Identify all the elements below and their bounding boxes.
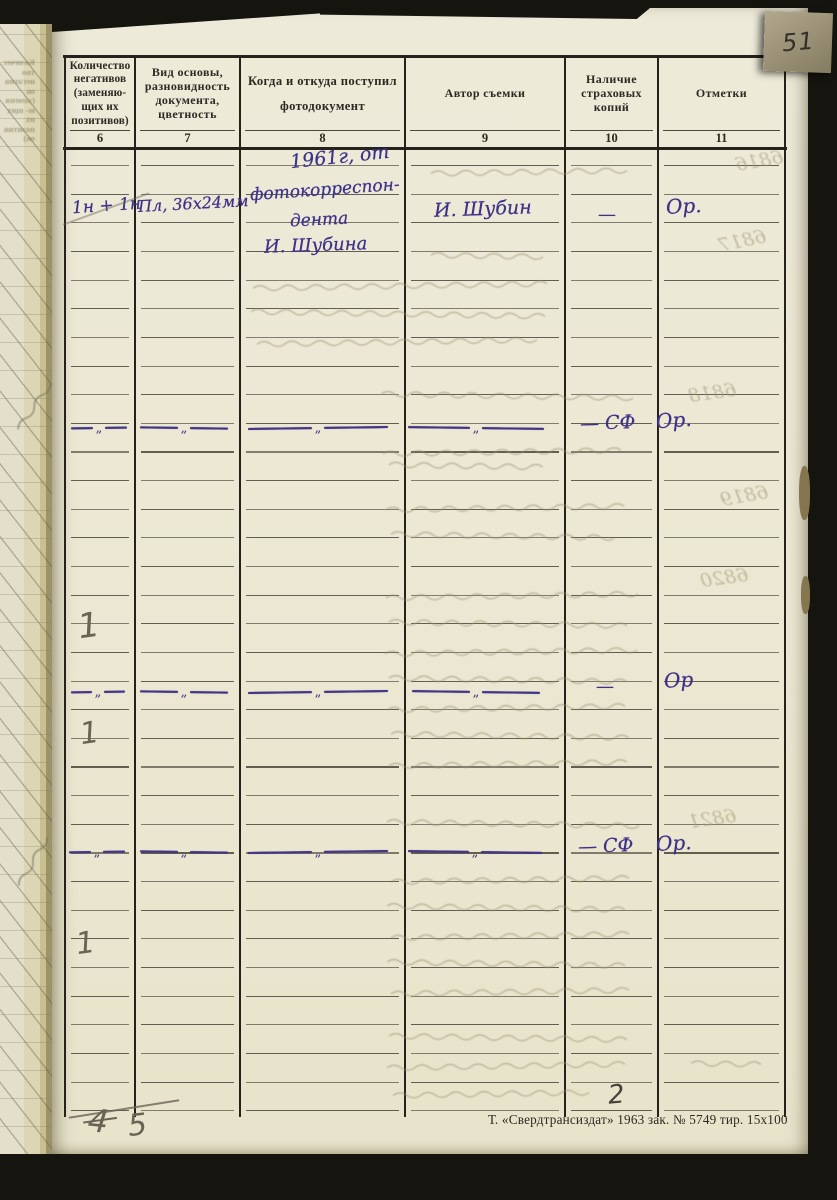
ditto-dash <box>324 426 388 429</box>
ruled-line <box>246 509 399 510</box>
ditto-mark: „ <box>248 685 388 699</box>
ruled-line <box>141 394 234 395</box>
ruled-line <box>411 366 559 367</box>
ditto-quote: „ <box>315 852 322 854</box>
ruled-line <box>141 996 234 997</box>
ruled-line <box>246 1024 399 1025</box>
ditto-mark: „ <box>248 845 388 859</box>
ruled-line <box>246 881 399 882</box>
ditto-dash <box>408 426 470 429</box>
ruled-line <box>246 910 399 911</box>
ruled-line <box>141 280 234 281</box>
ruled-line <box>141 222 234 223</box>
ruled-line <box>246 1053 399 1054</box>
ruled-line <box>71 795 129 796</box>
ruled-line <box>71 595 129 596</box>
column-title-line: позитивов) <box>71 115 129 129</box>
ruled-line <box>246 480 399 481</box>
column-header-9: Автор съемки <box>407 59 563 129</box>
ditto-dash <box>190 691 228 693</box>
ditto-dash <box>324 850 388 853</box>
ruled-line <box>246 738 399 739</box>
corner-number: 5 <box>126 1107 149 1144</box>
ruled-line <box>71 480 129 481</box>
ruled-line <box>571 194 652 195</box>
column-number: 9 <box>405 130 565 147</box>
ruled-line <box>71 451 129 452</box>
ruled-line <box>246 595 399 596</box>
ruled-line <box>664 938 779 939</box>
ditto-quote: „ <box>473 428 480 430</box>
ruled-line <box>664 910 779 911</box>
ditto-mark: „ <box>248 421 388 435</box>
ledger-page: Количествонегативов(заменяю-щих ихпозити… <box>52 8 808 1154</box>
ditto-mark: „ <box>69 846 125 859</box>
column-title-line: негативов <box>74 73 126 87</box>
column-title-line: фотодокумент <box>280 94 365 119</box>
ruled-line <box>246 537 399 538</box>
ruled-line <box>664 967 779 968</box>
ruled-line <box>246 451 399 452</box>
column-number: 11 <box>658 130 785 147</box>
ruled-line <box>141 451 234 452</box>
received-line: И. Шубина <box>264 233 368 258</box>
column-title-line: (заменяю- <box>74 87 127 101</box>
ruled-line <box>141 623 234 624</box>
ruled-line <box>141 709 234 710</box>
ditto-quote: „ <box>95 692 102 694</box>
show-through-scribble <box>430 249 550 263</box>
column-title-line: Количество <box>70 60 131 74</box>
ruled-line <box>664 996 779 997</box>
ruled-line <box>141 1110 234 1111</box>
facing-page-edge: Количество негативов (заменяю- щих их по… <box>0 24 52 1154</box>
facing-page-show-through: Количество негативов (заменяю- щих их по… <box>1 58 35 144</box>
ditto-mark: „ <box>408 845 542 859</box>
column-border <box>657 55 659 1117</box>
ruled-line <box>664 308 779 309</box>
column-title-line: щих их <box>81 101 118 115</box>
ruled-line <box>71 681 129 682</box>
insurance-mark: — <box>598 204 616 225</box>
ruled-line <box>71 910 129 911</box>
ditto-mark: „ <box>408 421 544 435</box>
ruled-line <box>411 1024 559 1025</box>
ruled-line <box>71 652 129 653</box>
ruled-line <box>246 938 399 939</box>
ruled-line <box>246 566 399 567</box>
marks-note: Ор. <box>665 193 702 219</box>
ditto-mark: „ <box>140 685 228 698</box>
ruled-line <box>71 280 129 281</box>
ditto-dash <box>248 691 312 694</box>
ruled-line <box>71 881 129 882</box>
ditto-dash <box>104 691 125 693</box>
ditto-dash <box>140 850 178 852</box>
column-header-10: Наличиестраховыхкопий <box>567 59 656 129</box>
ruled-line <box>141 366 234 367</box>
ruled-line <box>71 1053 129 1054</box>
table-top-border <box>63 55 787 58</box>
ditto-dash <box>71 691 92 693</box>
ditto-quote: „ <box>96 428 103 430</box>
ruled-line <box>246 1082 399 1083</box>
column-title-line: страховых <box>581 87 642 101</box>
show-through-scribble <box>690 1057 770 1070</box>
ruled-line <box>664 595 779 596</box>
column-border <box>239 55 241 1117</box>
ruled-line <box>141 308 234 309</box>
ruled-line <box>141 766 234 767</box>
ruled-line <box>71 566 129 567</box>
ruled-line <box>141 537 234 538</box>
ruled-line <box>411 566 559 567</box>
ruled-line <box>664 280 779 281</box>
ditto-dash <box>103 851 125 853</box>
ruled-line <box>141 652 234 653</box>
ditto-mark: „ <box>140 845 228 858</box>
ditto-dash <box>71 427 93 429</box>
column-header-8: Когда и откуда поступилфотодокумент <box>242 59 403 129</box>
ruled-line <box>71 1082 129 1083</box>
ruled-line <box>411 194 559 195</box>
ruled-line <box>664 738 779 739</box>
ruled-line <box>141 1082 234 1083</box>
ruled-line <box>571 480 652 481</box>
ruled-line <box>141 251 234 252</box>
ruled-line <box>71 967 129 968</box>
sheet-number-note: 2 <box>607 1079 626 1110</box>
ditto-mark: „ <box>71 686 125 699</box>
ditto-mark: „ <box>140 421 228 434</box>
ruled-line <box>664 1053 779 1054</box>
ruled-line <box>141 1053 234 1054</box>
ruled-line <box>411 795 559 796</box>
ruled-line <box>246 394 399 395</box>
ruled-line <box>71 337 129 338</box>
column-title-line: разновидность <box>145 80 230 94</box>
ditto-mark: „ <box>412 685 540 699</box>
column-border <box>134 55 136 1117</box>
ruled-line <box>664 222 779 223</box>
ruled-line <box>141 681 234 682</box>
ditto-quote: „ <box>181 852 188 854</box>
ruled-line <box>71 996 129 997</box>
ruled-line <box>571 251 652 252</box>
column-number: 7 <box>135 130 240 147</box>
ruled-line <box>141 165 234 166</box>
ruled-line <box>71 766 129 767</box>
ruled-line <box>246 766 399 767</box>
column-title-line: копий <box>594 101 630 115</box>
column-title-line: Вид основы, <box>152 66 223 80</box>
ditto-quote: „ <box>181 692 188 694</box>
ruled-line <box>141 824 234 825</box>
marks-note: Ор. <box>655 407 692 433</box>
ruled-line <box>141 881 234 882</box>
ruled-line <box>664 652 779 653</box>
ruled-line <box>141 509 234 510</box>
ruled-line <box>141 566 234 567</box>
ditto-dash <box>140 426 178 428</box>
ruled-line <box>246 681 399 682</box>
ruled-line <box>411 222 559 223</box>
ditto-quote: „ <box>473 692 480 694</box>
received-line: дента <box>290 208 349 231</box>
ditto-dash <box>482 691 540 694</box>
table-header-border <box>63 147 787 150</box>
column-title-line: документа, <box>155 94 219 108</box>
ditto-quote: „ <box>472 852 479 854</box>
ruled-line <box>246 967 399 968</box>
ruled-line <box>141 795 234 796</box>
ruled-line <box>664 451 779 452</box>
scanned-ledger-photo: Количество негативов (заменяю- щих их по… <box>0 0 837 1200</box>
ruled-line <box>246 652 399 653</box>
ruled-line <box>141 967 234 968</box>
column-title-line: цветность <box>158 108 217 122</box>
column-title-line: Когда и откуда поступил <box>248 69 397 94</box>
marks-note: Ор. <box>655 830 692 856</box>
folio-number: 51 <box>781 27 816 58</box>
insurance-mark: — СФ <box>578 834 634 858</box>
ruled-line <box>664 1082 779 1083</box>
torn-edge <box>799 466 810 520</box>
ditto-dash <box>481 851 542 854</box>
ruled-line <box>246 795 399 796</box>
column-border <box>564 55 566 1117</box>
ruled-line <box>141 1024 234 1025</box>
column-title-line: Наличие <box>586 73 637 87</box>
ruled-line <box>141 910 234 911</box>
ruled-line <box>664 881 779 882</box>
ruled-line <box>71 251 129 252</box>
ruled-line <box>71 165 129 166</box>
marks-note: Ор <box>663 667 693 692</box>
ruled-line <box>571 566 652 567</box>
column-number: 10 <box>565 130 658 147</box>
ruled-line <box>71 1024 129 1025</box>
ruled-line <box>246 623 399 624</box>
column-number: 6 <box>65 130 135 147</box>
ruled-line <box>571 1053 652 1054</box>
ruled-line <box>141 938 234 939</box>
ruled-line <box>71 537 129 538</box>
ruled-line <box>71 222 129 223</box>
ruled-line <box>571 1024 652 1025</box>
ruled-line <box>664 623 779 624</box>
column-title-line: Автор съемки <box>445 87 526 101</box>
ruled-line <box>664 795 779 796</box>
ruled-line <box>411 480 559 481</box>
column-border <box>64 55 66 1117</box>
ruled-line <box>571 280 652 281</box>
ditto-mark: „ <box>71 422 127 435</box>
ditto-dash <box>408 850 469 853</box>
torn-edge <box>801 576 810 614</box>
ruled-line <box>71 509 129 510</box>
ditto-dash <box>482 427 544 430</box>
ditto-dash <box>412 690 470 693</box>
printer-imprint: Т. «Свердтрансиздат» 1963 зак. № 5749 ти… <box>488 1112 788 1128</box>
ruled-line <box>571 337 652 338</box>
ruled-line <box>664 709 779 710</box>
ruled-line <box>71 824 129 825</box>
ruled-line <box>246 366 399 367</box>
ruled-line <box>141 480 234 481</box>
ditto-dash <box>248 851 312 854</box>
ruled-line <box>246 996 399 997</box>
ditto-quote: „ <box>94 852 101 854</box>
ruled-line <box>664 537 779 538</box>
ruled-line <box>411 1082 559 1083</box>
ruled-line <box>71 308 129 309</box>
ruled-line <box>664 337 779 338</box>
show-through-scribble <box>388 459 548 474</box>
ditto-quote: „ <box>181 428 188 430</box>
column-border <box>784 55 786 1117</box>
column-header-7: Вид основы,разновидностьдокумента,цветно… <box>137 59 238 129</box>
ruled-line <box>664 766 779 767</box>
ruled-line <box>141 337 234 338</box>
ruled-line <box>141 738 234 739</box>
ruled-line <box>141 595 234 596</box>
column-title-line: Отметки <box>696 87 747 101</box>
author-name: И. Шубин <box>434 196 532 221</box>
ditto-dash <box>190 427 228 429</box>
ditto-dash <box>248 427 312 430</box>
page-corner-edge: 51 <box>763 11 833 73</box>
ditto-quote: „ <box>315 692 322 694</box>
ditto-quote: „ <box>315 428 322 430</box>
ruled-line <box>246 1110 399 1111</box>
ruled-line <box>571 308 652 309</box>
insurance-mark: — СФ <box>580 411 636 435</box>
ditto-dash <box>140 690 178 692</box>
ditto-dash <box>69 851 91 853</box>
ruled-line <box>664 1024 779 1025</box>
ruled-line <box>664 366 779 367</box>
ruled-line <box>71 709 129 710</box>
ruled-line <box>246 824 399 825</box>
ruled-line <box>246 709 399 710</box>
ditto-dash <box>324 690 388 693</box>
ditto-dash <box>105 427 127 429</box>
ruled-line <box>571 366 652 367</box>
ruled-line <box>71 394 129 395</box>
ruled-line <box>71 366 129 367</box>
crossed-out-number: 4 <box>86 1101 110 1141</box>
ruled-line <box>411 1053 559 1054</box>
ruled-line <box>571 795 652 796</box>
column-header-6: Количествонегативов(заменяю-щих ихпозити… <box>67 59 133 129</box>
ditto-dash <box>190 851 228 853</box>
